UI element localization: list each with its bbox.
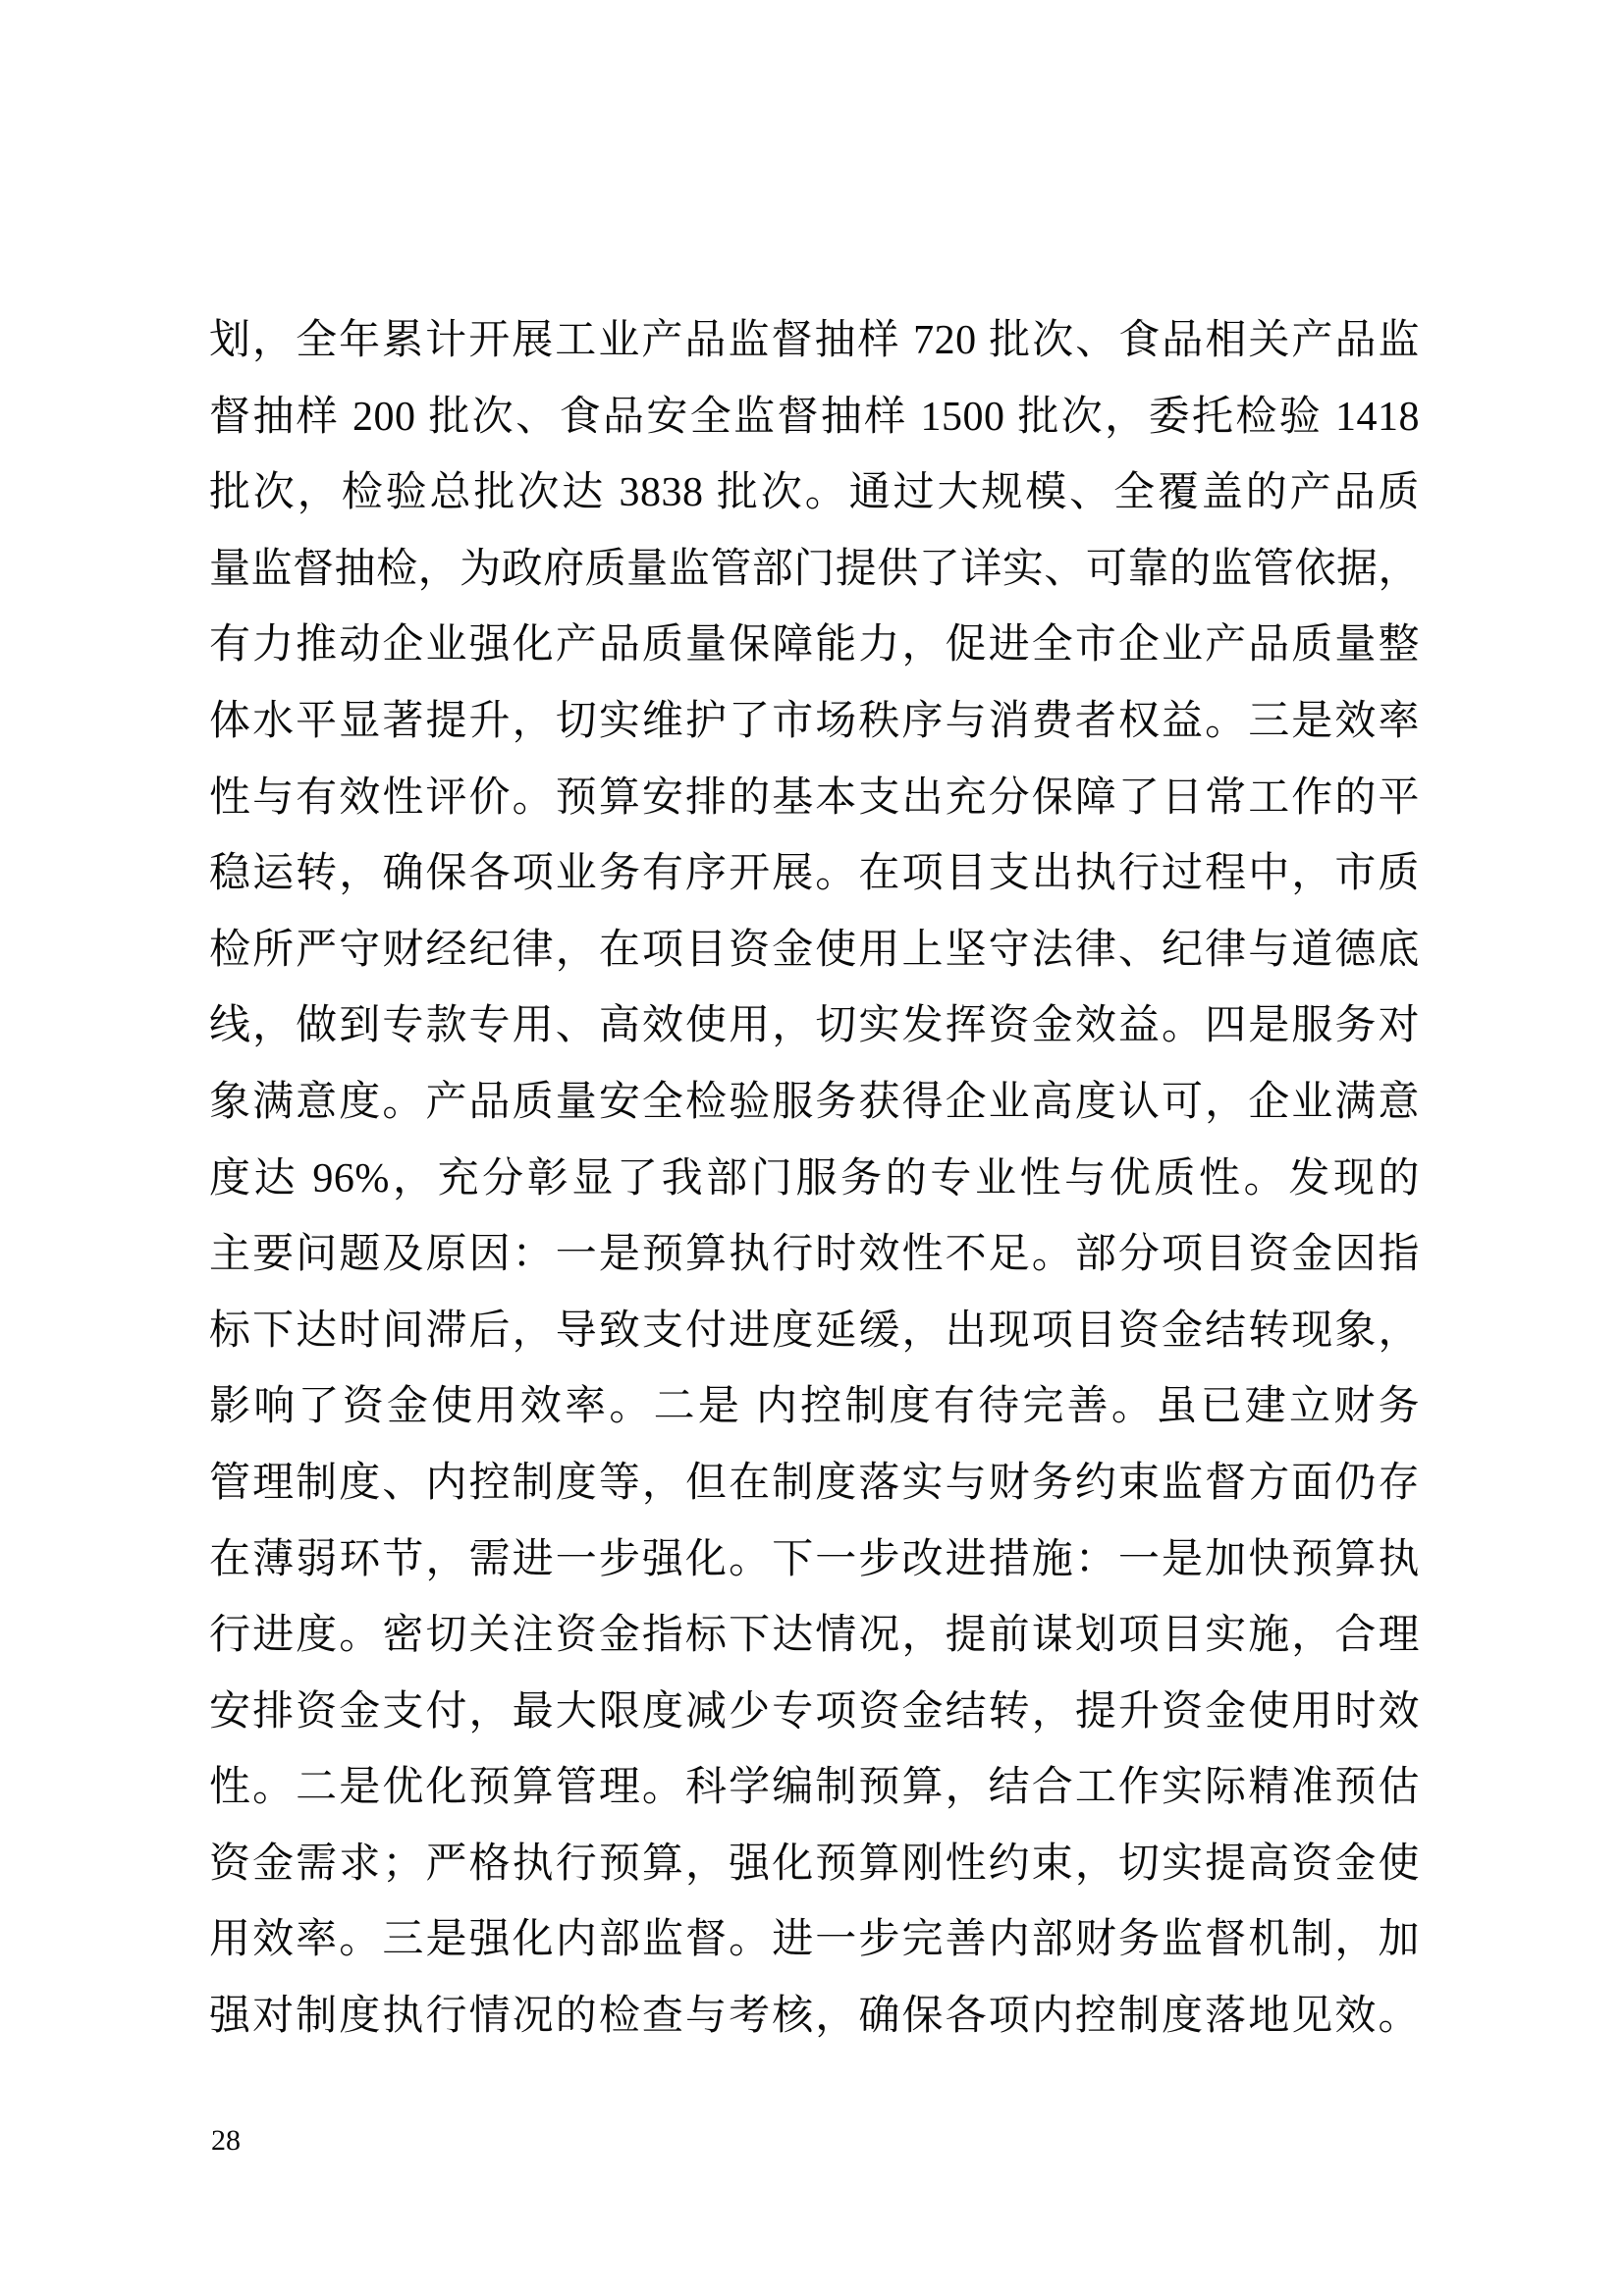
paragraph-line: 划，全年累计开展工业产品监督抽样 720 批次、食品相关产品监 — [209, 303, 1420, 380]
paragraph-line: 安排资金支付，最大限度减少专项资金结转，提升资金使用时效 — [209, 1675, 1420, 1751]
paragraph-line: 影响了资金使用效率。二是 内控制度有待完善。虽已建立财务 — [209, 1369, 1420, 1446]
paragraph-line: 批次，检验总批次达 3838 批次。通过大规模、全覆盖的产品质 — [209, 455, 1420, 532]
paragraph-line: 在薄弱环节，需进一步强化。下一步改进措施：一是加快预算执 — [209, 1522, 1420, 1599]
paragraph-line: 资金需求；严格执行预算，强化预算刚性约束，切实提高资金使 — [209, 1827, 1420, 1903]
paragraph-line: 主要问题及原因：一是预算执行时效性不足。部分项目资金因指 — [209, 1217, 1420, 1294]
paragraph-line: 象满意度。产品质量安全检验服务获得企业高度认可，企业满意 — [209, 1065, 1420, 1142]
paragraph-line: 督抽样 200 批次、食品安全监督抽样 1500 批次，委托检验 1418 — [209, 380, 1420, 456]
paragraph-line: 行进度。密切关注资金指标下达情况，提前谋划项目实施，合理 — [209, 1598, 1420, 1675]
paragraph-line: 线，做到专款专用、高效使用，切实发挥资金效益。四是服务对 — [209, 988, 1420, 1065]
document-page: 划，全年累计开展工业产品监督抽样 720 批次、食品相关产品监 督抽样 200 … — [0, 0, 1624, 2296]
paragraph-line: 管理制度、内控制度等，但在制度落实与财务约束监督方面仍存 — [209, 1446, 1420, 1522]
paragraph-line: 检所严守财经纪律，在项目资金使用上坚守法律、纪律与道德底 — [209, 913, 1420, 989]
paragraph-line: 有力推动企业强化产品质量保障能力，促进全市企业产品质量整 — [209, 608, 1420, 684]
page-number: 28 — [211, 2123, 241, 2159]
paragraph-line: 量监督抽检，为政府质量监管部门提供了详实、可靠的监管依据， — [209, 532, 1420, 609]
paragraph-line: 度达 96%，充分彰显了我部门服务的专业性与优质性。发现的 — [209, 1142, 1420, 1218]
body-text-block: 划，全年累计开展工业产品监督抽样 720 批次、食品相关产品监 督抽样 200 … — [209, 303, 1420, 2056]
paragraph-line: 标下达时间滞后，导致支付进度延缓，出现项目资金结转现象， — [209, 1294, 1420, 1370]
paragraph-line: 强对制度执行情况的检查与考核，确保各项内控制度落地见效。 — [209, 1979, 1420, 2056]
paragraph-line: 稳运转，确保各项业务有序开展。在项目支出执行过程中，市质 — [209, 836, 1420, 913]
paragraph-line: 性。二是优化预算管理。科学编制预算，结合工作实际精准预估 — [209, 1750, 1420, 1827]
paragraph-line: 体水平显著提升，切实维护了市场秩序与消费者权益。三是效率 — [209, 684, 1420, 761]
paragraph-line: 用效率。三是强化内部监督。进一步完善内部财务监督机制，加 — [209, 1902, 1420, 1979]
paragraph-line: 性与有效性评价。预算安排的基本支出充分保障了日常工作的平 — [209, 761, 1420, 837]
